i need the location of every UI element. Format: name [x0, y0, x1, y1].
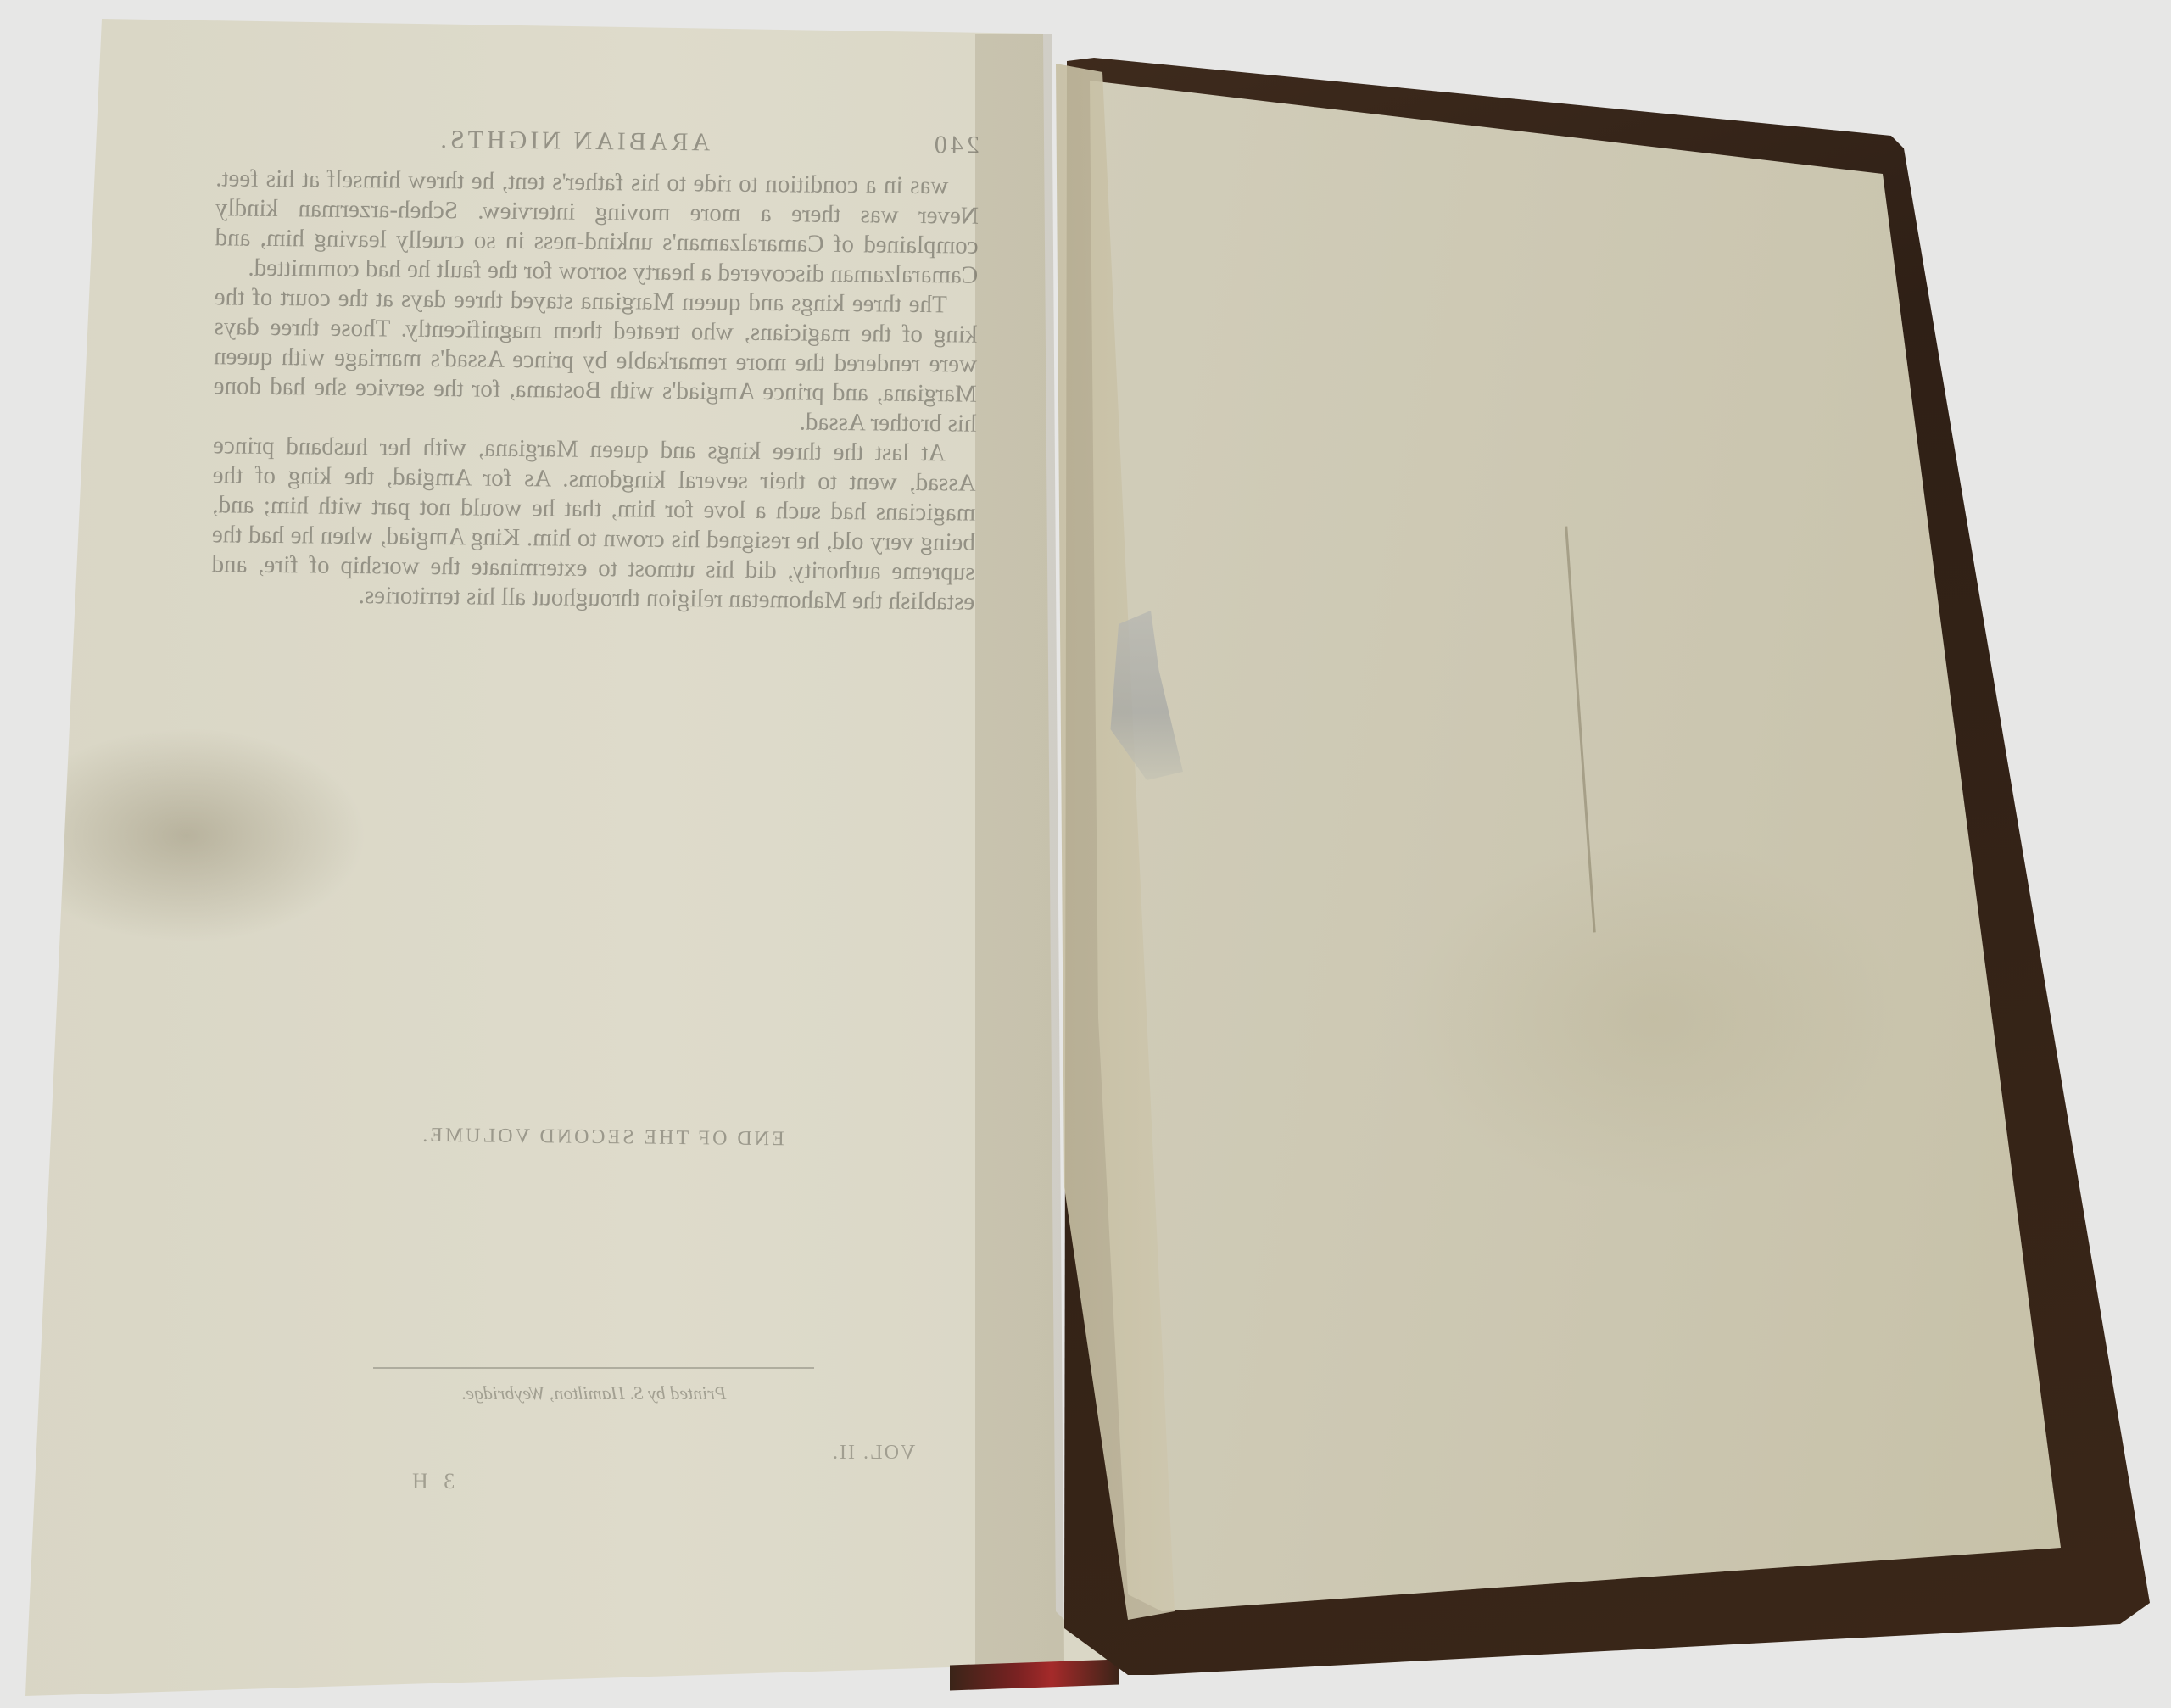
show-through-text: 240 ARABIAN NIGHTS. was in a condition t… [211, 123, 979, 617]
paragraph: The three kings and queen Margiana staye… [213, 282, 978, 438]
volume-mark: VOL. II. [831, 1442, 915, 1465]
printer-imprint: Printed by S. Hamilton, Weybridge. [373, 1382, 814, 1404]
paragraph: At last the three kings and queen Margia… [211, 431, 976, 617]
paragraph: was in a condition to ride to his father… [215, 164, 979, 290]
spine-headband [950, 1660, 1119, 1691]
page-number: 240 [931, 131, 979, 160]
open-book-photo: 240 ARABIAN NIGHTS. was in a condition t… [0, 0, 2171, 1708]
signature-mark: 3 H [407, 1469, 455, 1494]
printer-rule [373, 1367, 814, 1369]
